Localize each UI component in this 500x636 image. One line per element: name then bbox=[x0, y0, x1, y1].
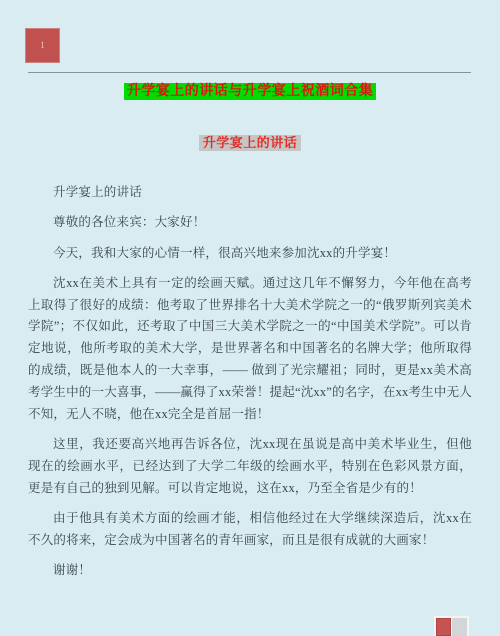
header-divider bbox=[28, 72, 471, 73]
section-heading-row: 升学宴上的讲话 bbox=[0, 134, 500, 152]
section-heading: 升学宴上的讲话 bbox=[199, 135, 302, 151]
red-swatch-icon[interactable] bbox=[436, 618, 451, 636]
document-body: 升学宴上的讲话 尊敬的各位来宾：大家好！ 今天，我和大家的心情一样，很高兴地来参… bbox=[28, 182, 472, 590]
paragraph: 今天，我和大家的心情一样，很高兴地来参加沈xx的升学宴！ bbox=[28, 243, 472, 265]
paragraph: 尊敬的各位来宾：大家好！ bbox=[28, 212, 472, 234]
document-page: 1 升学宴上的讲话与升学宴上祝酒词合集 升学宴上的讲话 升学宴上的讲话 尊敬的各… bbox=[0, 0, 500, 636]
paragraph: 这里，我还要高兴地再告诉各位，沈xx现在虽说是高中美术毕业生，但他现在的绘画水平… bbox=[28, 434, 472, 499]
gray-swatch-icon[interactable] bbox=[452, 618, 467, 636]
page-number: 1 bbox=[40, 41, 45, 50]
document-title: 升学宴上的讲话与升学宴上祝酒词合集 bbox=[124, 83, 377, 100]
paragraph: 由于他具有美术方面的绘画才能，相信他经过在大学继续深造后，沈xx在不久的将来，定… bbox=[28, 508, 472, 552]
title-row: 升学宴上的讲话与升学宴上祝酒词合集 bbox=[0, 82, 500, 100]
paragraph: 谢谢！ bbox=[28, 560, 472, 582]
paragraph: 沈xx在美术上具有一定的绘画天赋。通过这几年不懈努力，今年他在高考上取得了很好的… bbox=[28, 273, 472, 426]
bottom-right-widget[interactable] bbox=[434, 616, 469, 636]
page-number-badge: 1 bbox=[25, 28, 60, 63]
paragraph: 升学宴上的讲话 bbox=[28, 182, 472, 204]
